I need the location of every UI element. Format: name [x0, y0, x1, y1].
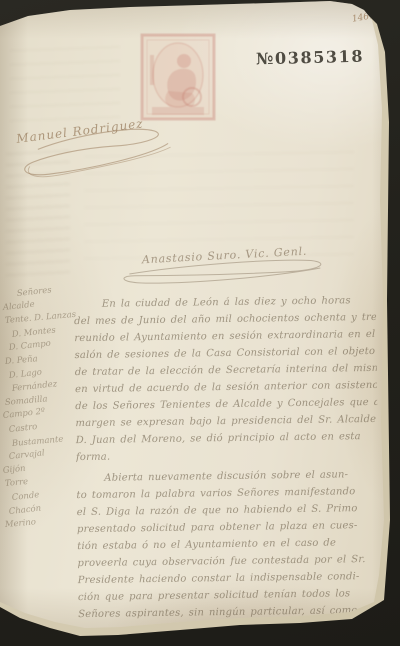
serial-number: №0385318 [256, 47, 365, 69]
revenue-stamp-icon [140, 33, 216, 121]
section-heading: Anastasio Suro. Vic. Genl. [109, 238, 341, 291]
scanned-document: №0385318 146. Manuel Rodriguez Anastasio… [0, 0, 400, 646]
body-paragraph-2: Abierta nuevamente discusión sobre el as… [76, 466, 380, 623]
body-paragraph-1: En la ciudad de León á las diez y ocho h… [74, 292, 378, 466]
manuscript-page: №0385318 146. Manuel Rodriguez Anastasio… [0, 0, 400, 646]
act-body-text: En la ciudad de León á las diez y ocho h… [74, 292, 381, 623]
signature-rubric: Manuel Rodriguez [15, 108, 181, 185]
page-number: 146. [351, 11, 372, 24]
attendees-margin-list: SeñoresAlcaldeTente. D. LanzasD. MontesD… [3, 288, 75, 533]
